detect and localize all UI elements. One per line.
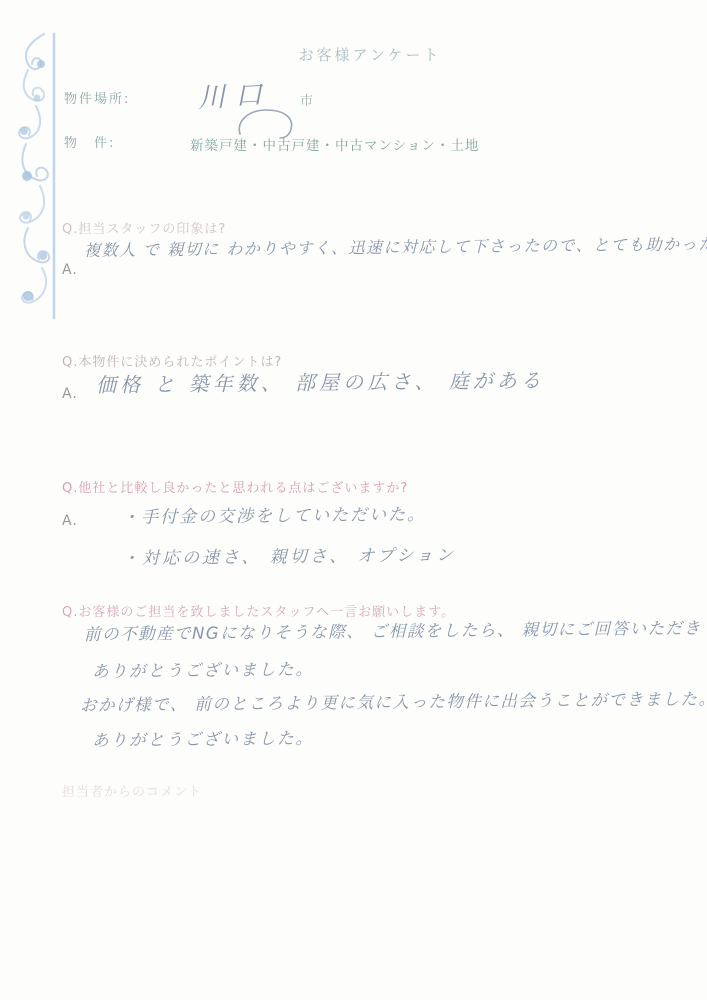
answer-4-line-1: 前の不動産でNGになりそうな際、 ご相談をしたら、 親切にご回答いただき bbox=[84, 615, 702, 645]
property-location-label: 物件場所: bbox=[64, 88, 130, 107]
decorative-vine-border bbox=[14, 30, 69, 322]
answer-3-label: A. bbox=[62, 513, 78, 529]
staff-comment-label: 担当者からのコメント bbox=[62, 781, 202, 800]
handwritten-selection-circle bbox=[232, 106, 302, 146]
answer-2-line-1: 価格 と 築年数、 部屋の広さ、 庭がある bbox=[96, 364, 545, 398]
question-1: Q.担当スタッフの印象は? bbox=[62, 218, 226, 237]
answer-3-line-2: ・対応の速さ、 親切さ、 オプション bbox=[122, 541, 456, 569]
answer-4-line-2: ありがとうございました。 bbox=[92, 656, 314, 682]
scanned-survey-page: お客様アンケート 物件場所: 川口 市 物 件: 新築戸建・中古戸建・中古マンシ… bbox=[0, 0, 707, 1000]
answer-3-line-1: ・手付金の交渉をしていただいた。 bbox=[122, 500, 426, 528]
answer-4-line-3: おかげ様で、 前のところより更に気に入った物件に出会うことができました。 bbox=[80, 685, 707, 716]
question-3: Q.他社と比較し良かったと思われる点はございますか? bbox=[62, 477, 408, 496]
answer-4-line-4: ありがとうございました。 bbox=[92, 725, 314, 751]
answer-1-label: A. bbox=[62, 262, 78, 278]
property-type-label: 物 件: bbox=[64, 132, 115, 151]
page-title: お客様アンケート bbox=[30, 44, 707, 65]
answer-2-label: A. bbox=[62, 386, 78, 402]
